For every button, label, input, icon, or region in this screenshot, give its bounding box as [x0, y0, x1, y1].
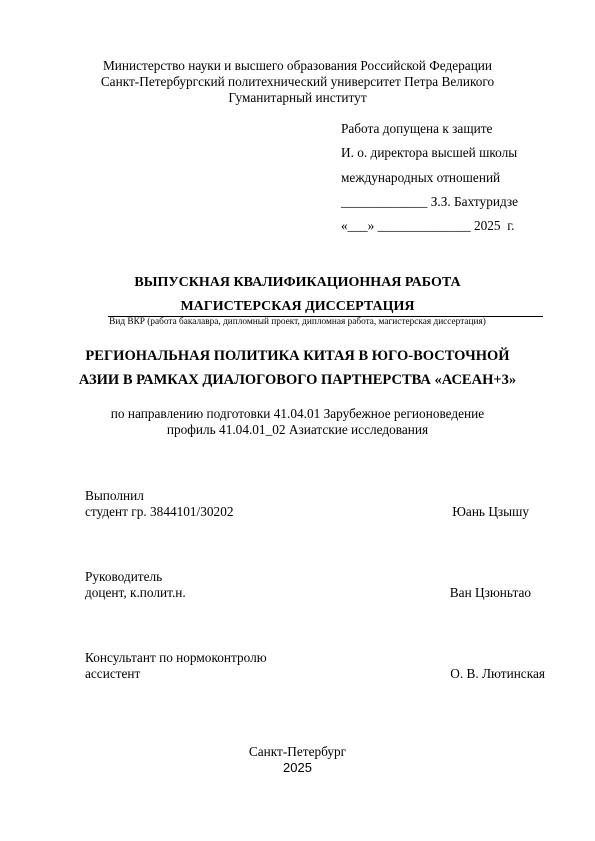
- supervisor-name: Ван Цзюньтао: [450, 585, 531, 601]
- student-role: Выполнил: [85, 488, 234, 504]
- student-group: студент гр. 3844101/30202: [85, 504, 234, 520]
- thesis-topic: РЕГИОНАЛЬНАЯ ПОЛИТИКА КИТАЯ В ЮГО-ВОСТОЧ…: [0, 344, 595, 392]
- city: Санкт-Петербург: [0, 744, 595, 760]
- university-name: Санкт-Петербургский политехнический унив…: [0, 74, 595, 90]
- study-direction: по направлению подготовки 41.04.01 Заруб…: [0, 406, 595, 438]
- normcontrol-block: Консультант по нормоконтролю ассистент: [85, 650, 267, 682]
- direction-line-1: по направлению подготовки 41.04.01 Заруб…: [0, 406, 595, 422]
- approval-block: Работа допущена к защите И. о. директора…: [341, 121, 518, 242]
- director-signature-line: _____________ З.З. Бахтуридзе: [341, 194, 518, 218]
- normcontrol-position: ассистент: [85, 666, 267, 682]
- work-type-title: ВЫПУСКНАЯ КВАЛИФИКАЦИОННАЯ РАБОТА: [0, 275, 595, 291]
- year: 2025: [0, 760, 595, 776]
- supervisor-block: Руководитель доцент, к.полит.н.: [85, 569, 186, 601]
- approval-line-1: Работа допущена к защите: [341, 121, 518, 145]
- work-type-note: Вид ВКР (работа бакалавра, дипломный про…: [0, 317, 595, 328]
- topic-line-2: АЗИИ В РАМКАХ ДИАЛОГОВОГО ПАРТНЕРСТВА «А…: [0, 368, 595, 392]
- institute-name: Гуманитарный институт: [0, 90, 595, 106]
- approval-line-2: И. о. директора высшей школы: [341, 145, 518, 169]
- normcontrol-role: Консультант по нормоконтролю: [85, 650, 267, 666]
- supervisor-position: доцент, к.полит.н.: [85, 585, 186, 601]
- institution-header: Министерство науки и высшего образования…: [0, 58, 595, 106]
- ministry-name: Министерство науки и высшего образования…: [0, 58, 595, 74]
- approval-date-line: «___» ______________ 2025 г.: [341, 218, 518, 242]
- normcontrol-name: О. В. Лютинская: [450, 666, 545, 682]
- student-block: Выполнил студент гр. 3844101/30202: [85, 488, 234, 520]
- student-name: Юань Цзышу: [452, 504, 529, 520]
- approval-line-3: международных отношений: [341, 170, 518, 194]
- supervisor-role: Руководитель: [85, 569, 186, 585]
- topic-line-1: РЕГИОНАЛЬНАЯ ПОЛИТИКА КИТАЯ В ЮГО-ВОСТОЧ…: [0, 344, 595, 368]
- work-type-subtitle: МАГИСТЕРСКАЯ ДИССЕРТАЦИЯ: [0, 299, 595, 315]
- direction-line-2: профиль 41.04.01_02 Азиатские исследован…: [0, 422, 595, 438]
